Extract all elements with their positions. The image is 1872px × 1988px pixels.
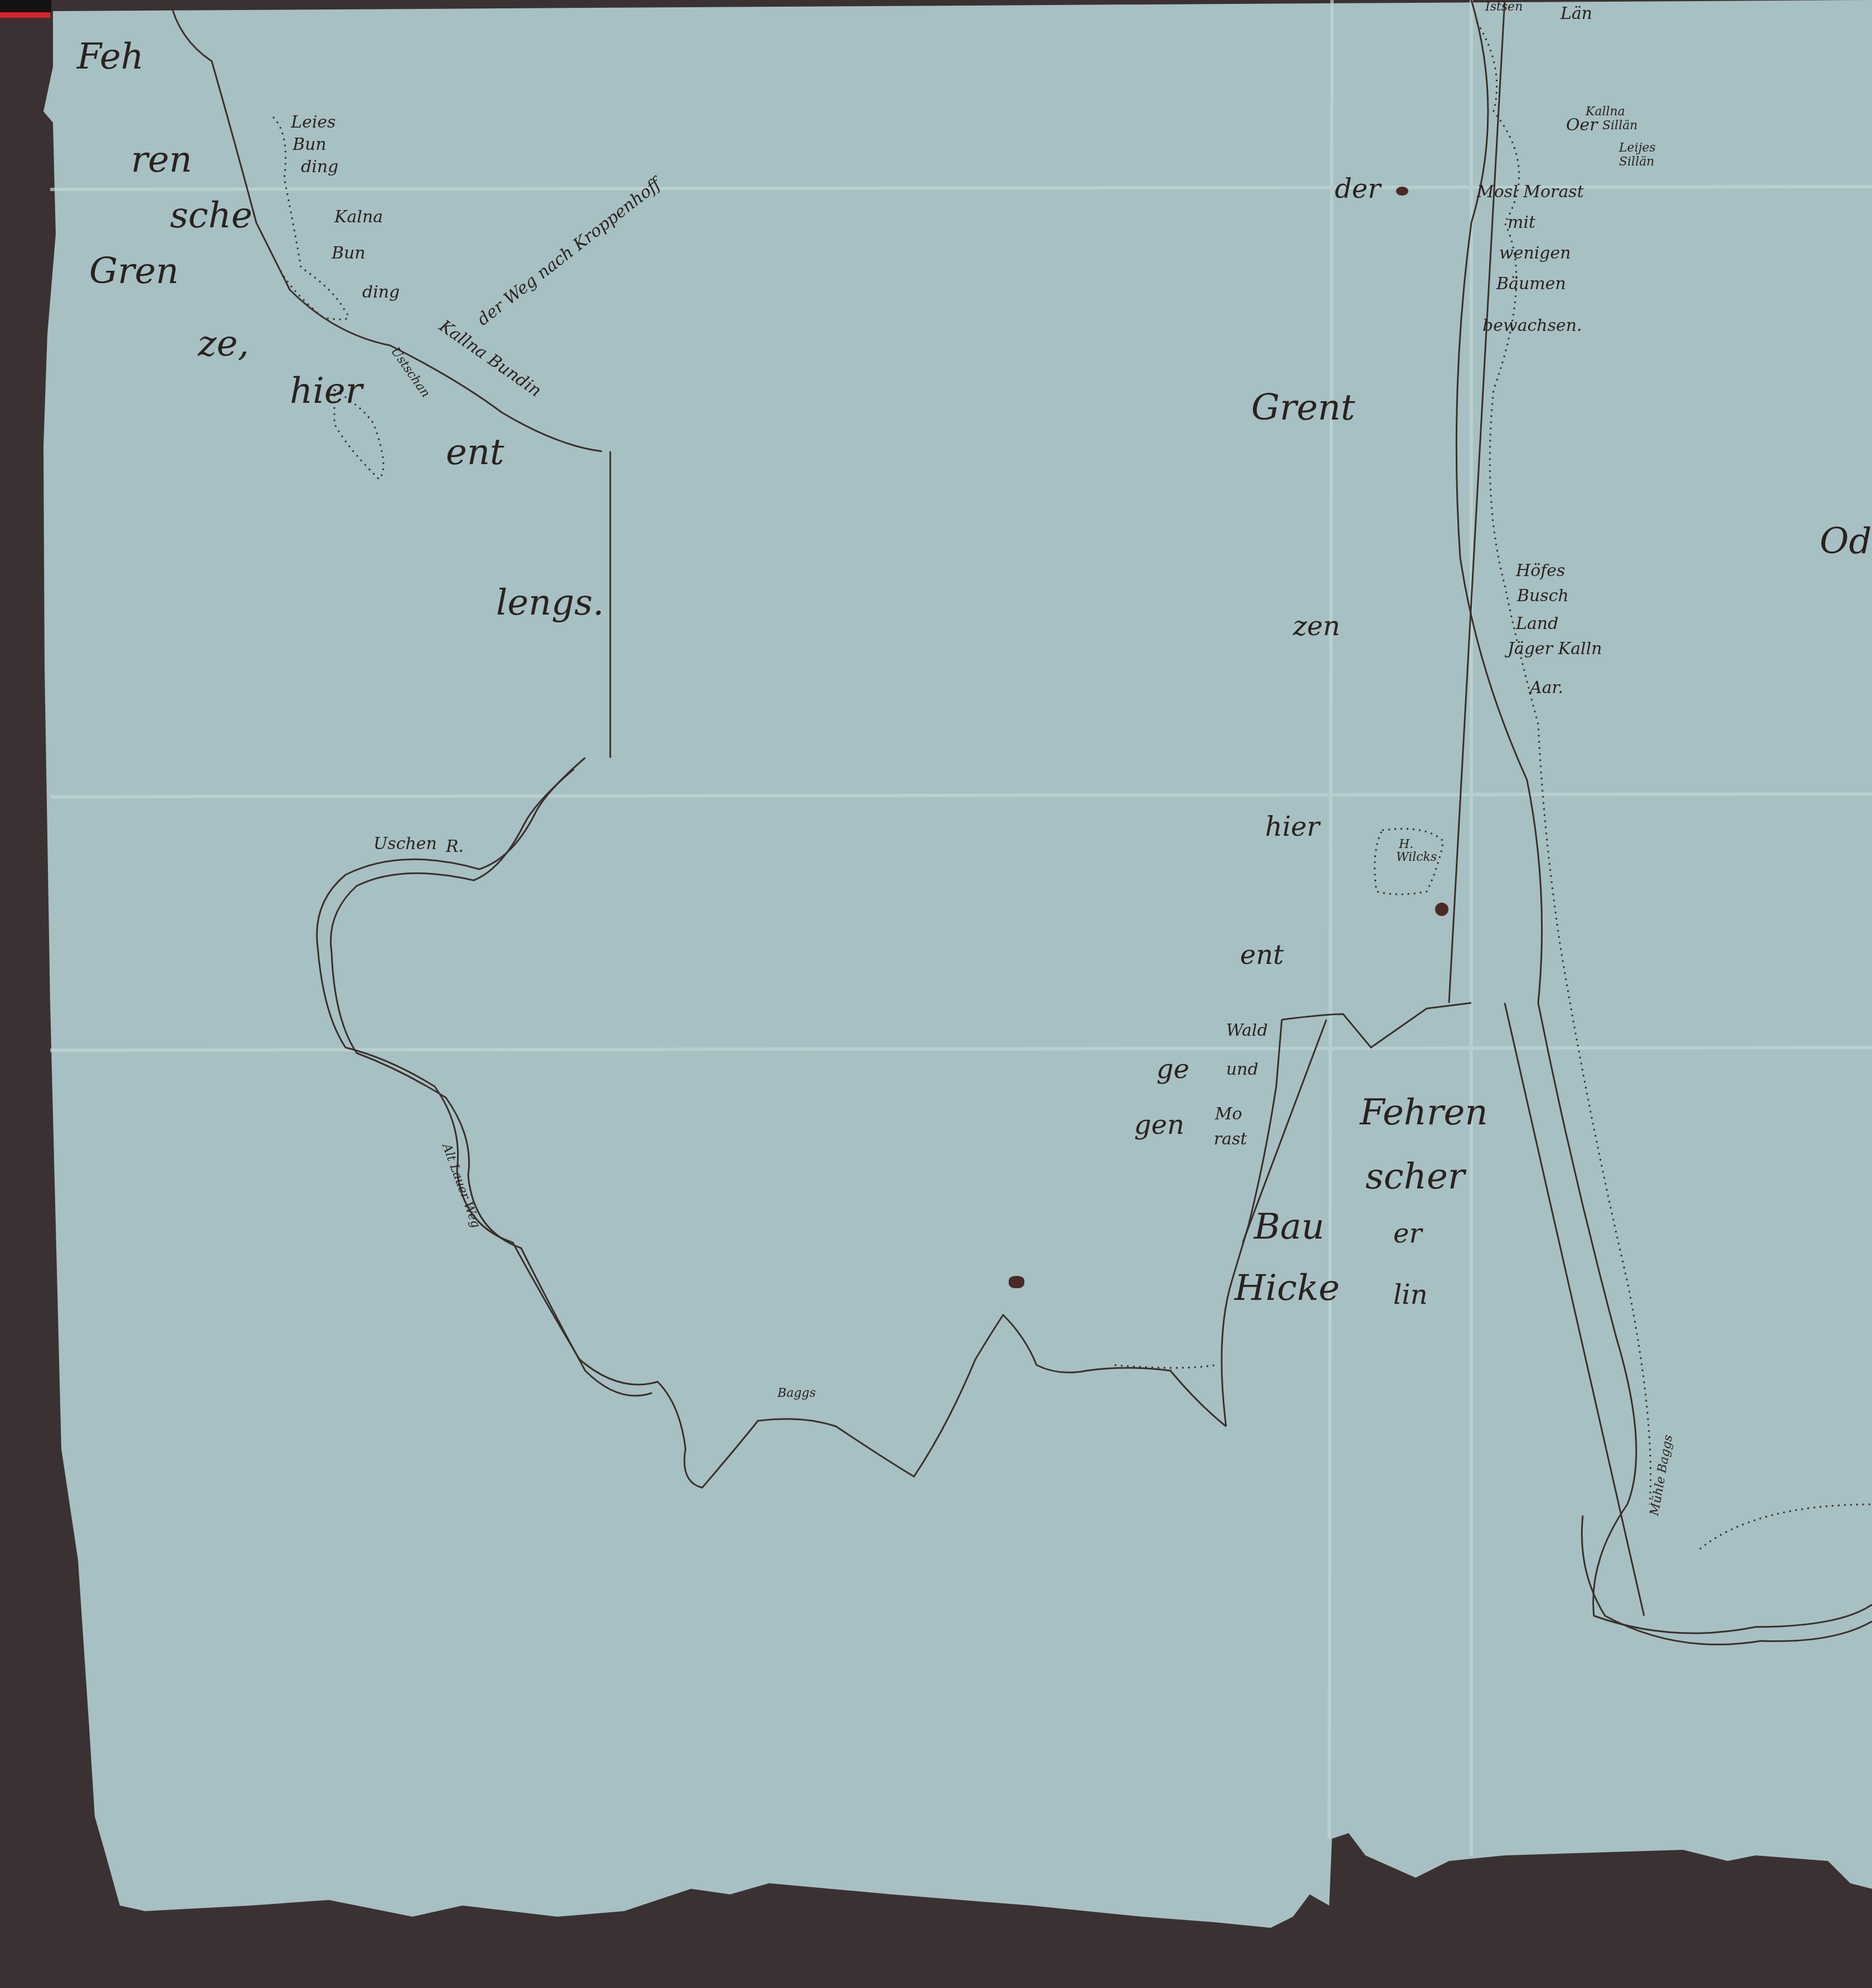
paper-shape [43,0,1872,1928]
label-lin: lin [1393,1282,1428,1308]
map-drawing [0,0,1872,1988]
label-laen: Län [1560,6,1592,22]
label-bun-1: Bun [293,137,327,153]
label-baeumen: Bäumen [1496,276,1566,293]
label-river-marker: R. [446,839,464,855]
label-mosl-morast: Mosl Morast [1477,184,1584,201]
label-fehren: Fehren [1360,1095,1488,1131]
map-sheet: Feh ren sche Gren ze, hier ent lengs. Le… [0,0,1872,1988]
label-baggs: Baggs [777,1387,816,1400]
label-land: Land [1516,616,1558,632]
label-wald: Wald [1226,1022,1268,1039]
label-wilcks: Wilcks [1396,851,1437,864]
label-hofes: Höfes [1516,563,1565,579]
label-oder: Oder [1820,524,1872,559]
label-mo: Mo [1215,1106,1242,1123]
label-leijes: Leijes [1619,142,1656,154]
label-kallna-sillan-2: Sillän [1602,120,1637,132]
label-kalna: Kalna [334,209,383,226]
label-ent-center: ent [1240,942,1284,968]
label-uschen: Uschen [373,836,437,852]
ink-blot [1396,187,1408,196]
label-ren: ren [131,142,192,178]
label-sche: sche [170,198,252,233]
label-ding-1: ding [301,159,338,176]
label-rast: rast [1214,1131,1247,1148]
label-aar: Aar. [1530,680,1563,696]
label-leies: Leies [291,114,335,131]
label-ent-left: ent [446,435,504,470]
label-wenigen: wenigen [1499,245,1571,262]
label-er: er [1393,1220,1422,1247]
label-kallna-sillan-1: Kallna [1586,106,1625,118]
label-lengs: lengs. [496,585,604,621]
label-feh: Feh [77,39,144,75]
ink-blot [1009,1276,1024,1288]
label-hier-center: hier [1265,813,1320,840]
label-oer: Oer [1566,117,1598,134]
label-und: und [1226,1061,1258,1078]
label-leijes-sillan: Sillän [1619,156,1654,168]
label-gren: Gren [89,254,179,289]
label-bau: Bau [1254,1209,1324,1245]
label-zen: zen [1293,613,1340,640]
label-der: der [1335,176,1380,202]
label-gen: gen [1134,1112,1184,1138]
label-ding-2: ding [362,284,400,301]
label-bun-2: Bun [332,245,366,262]
label-ge: ge [1156,1056,1189,1083]
label-grent: Grent [1251,390,1355,426]
label-wilcks-h: H. [1399,839,1413,851]
ink-blot [1435,903,1448,916]
label-hier-left: hier [290,373,362,409]
label-hicke: Hicke [1234,1270,1340,1306]
label-mit: mit [1508,215,1535,231]
label-scher: scher [1365,1159,1465,1195]
label-jaeger-kalln: Jäger Kalln [1508,641,1602,657]
label-busch: Busch [1517,588,1569,605]
label-bewachsen: bewachsen. [1482,318,1582,334]
label-ze: ze, [198,326,249,362]
label-istsen: Istsen [1485,1,1523,13]
